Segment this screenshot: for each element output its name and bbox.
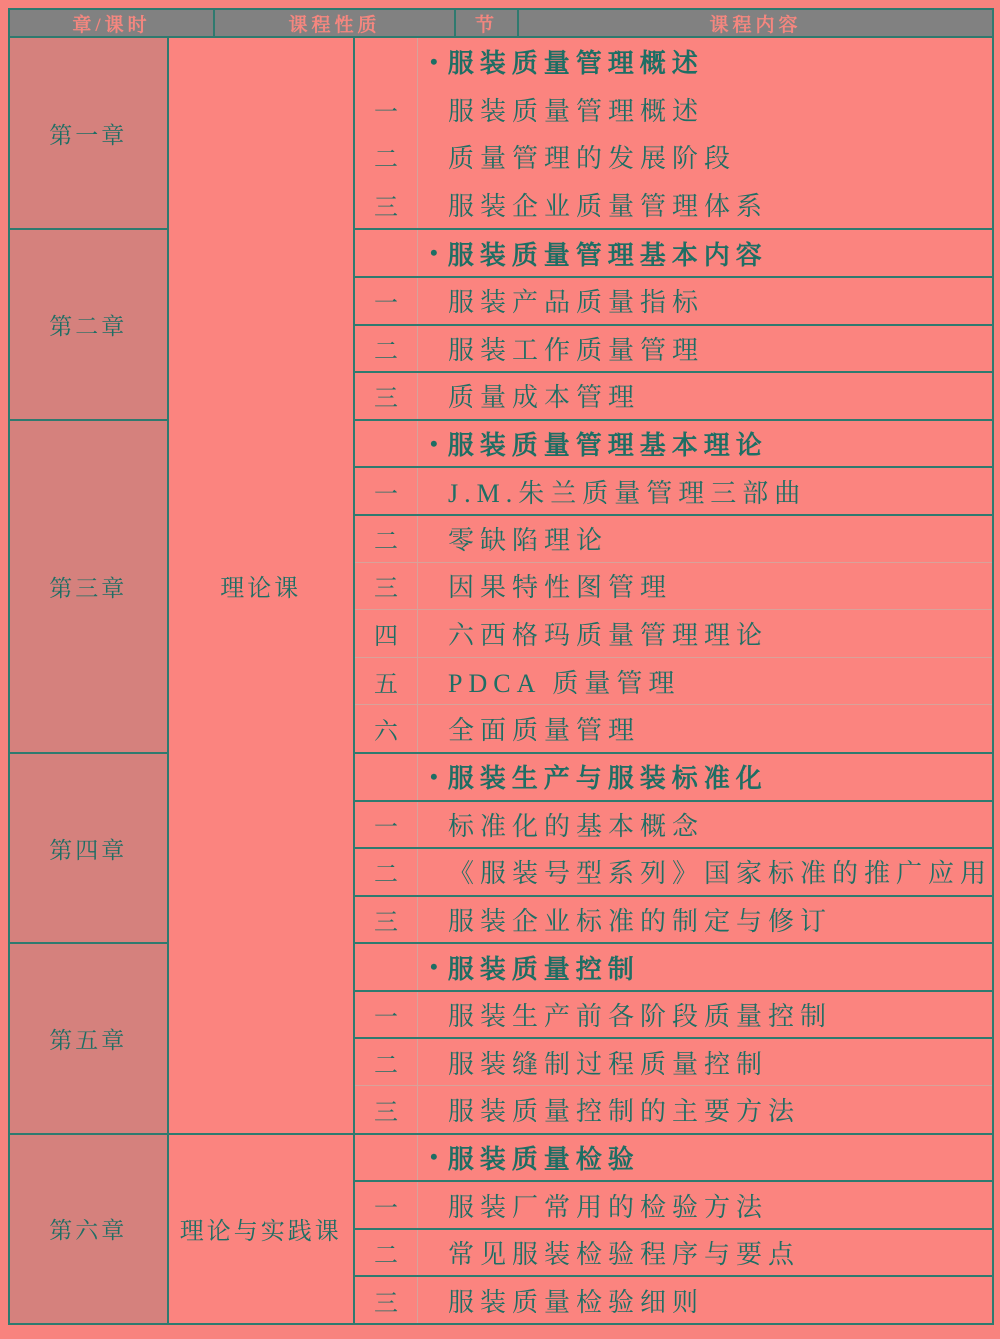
section-row: 三服装企业质量管理体系 bbox=[355, 181, 992, 229]
section-title-text: 服装企业质量管理体系 bbox=[448, 186, 768, 223]
course-nature-column: 理论课理论与实践课 bbox=[169, 38, 355, 1323]
header-cell-course-content: 课程内容 bbox=[519, 10, 992, 36]
section-row: 一服装生产前各阶段质量控制 bbox=[355, 990, 992, 1038]
course-nature-cell: 理论与实践课 bbox=[169, 1133, 353, 1323]
section-row: 二常见服装检验程序与要点 bbox=[355, 1228, 992, 1276]
section-title: 服装质量检验细则 bbox=[418, 1277, 992, 1323]
section-row: 一服装产品质量指标 bbox=[355, 276, 992, 324]
section-number: 一 bbox=[355, 86, 418, 134]
section-title-text: 服装企业标准的制定与修订 bbox=[448, 901, 832, 938]
section-row: 一服装厂常用的检验方法 bbox=[355, 1180, 992, 1228]
section-title: 六西格玛质量管理理论 bbox=[418, 610, 992, 657]
section-title-text: 服装质量管理概述 bbox=[448, 91, 704, 128]
section-number: 二 bbox=[355, 133, 418, 181]
section-title-text: 质量成本管理 bbox=[448, 377, 640, 414]
section-title: •服装生产与服装标准化 bbox=[418, 754, 992, 800]
section-number: 二 bbox=[355, 1230, 418, 1276]
section-title: 服装质量控制的主要方法 bbox=[418, 1086, 992, 1133]
section-row: 三质量成本管理 bbox=[355, 371, 992, 419]
table-header: 章/课时 课程性质 节 课程内容 bbox=[10, 10, 992, 38]
section-title-text: 因果特性图管理 bbox=[448, 567, 672, 604]
section-title: 服装企业质量管理体系 bbox=[418, 181, 992, 229]
section-title-text: 服装厂常用的检验方法 bbox=[448, 1187, 768, 1224]
section-title-text: 《服装号型系列》国家标准的推广应用 bbox=[448, 853, 992, 890]
course-content-column: •服装质量管理概述一服装质量管理概述二质量管理的发展阶段三服装企业质量管理体系•… bbox=[355, 38, 992, 1323]
section-number: 二 bbox=[355, 516, 418, 562]
section-number bbox=[355, 754, 418, 800]
chapter-cell: 第五章 bbox=[10, 942, 167, 1132]
section-title: 质量管理的发展阶段 bbox=[418, 133, 992, 181]
section-number: 三 bbox=[355, 373, 418, 419]
section-number: 二 bbox=[355, 849, 418, 895]
section-title-text: 零缺陷理论 bbox=[448, 520, 608, 557]
section-number bbox=[355, 421, 418, 467]
section-title: •服装质量管理基本内容 bbox=[418, 230, 992, 276]
section-title: 质量成本管理 bbox=[418, 373, 992, 419]
section-number: 一 bbox=[355, 802, 418, 848]
section-row: 二服装缝制过程质量控制 bbox=[355, 1037, 992, 1085]
section-number: 四 bbox=[355, 610, 418, 657]
section-title: PDCA 质量管理 bbox=[418, 658, 992, 705]
section-row: 三因果特性图管理 bbox=[355, 562, 992, 610]
section-number: 五 bbox=[355, 658, 418, 705]
chapter-cell: 第一章 bbox=[10, 38, 167, 228]
section-row: 三服装质量控制的主要方法 bbox=[355, 1085, 992, 1133]
header-cell-chapter: 章/课时 bbox=[10, 10, 215, 36]
section-title-text: 服装缝制过程质量控制 bbox=[448, 1044, 768, 1081]
table-body: 第一章第二章第三章第四章第五章第六章 理论课理论与实践课 •服装质量管理概述一服… bbox=[10, 38, 992, 1323]
section-heading-row: •服装质量管理基本内容 bbox=[355, 228, 992, 276]
section-heading-row: •服装质量控制 bbox=[355, 942, 992, 990]
section-number: 二 bbox=[355, 326, 418, 372]
section-row: 三服装质量检验细则 bbox=[355, 1275, 992, 1323]
chapter-column: 第一章第二章第三章第四章第五章第六章 bbox=[10, 38, 169, 1323]
section-title: J.M.朱兰质量管理三部曲 bbox=[418, 468, 992, 514]
header-cell-course-nature: 课程性质 bbox=[215, 10, 456, 36]
section-heading-row: •服装质量管理概述 bbox=[355, 38, 992, 86]
section-title-text: 标准化的基本概念 bbox=[448, 806, 704, 843]
section-row: 四六西格玛质量管理理论 bbox=[355, 609, 992, 657]
section-title-text: 服装质量控制 bbox=[448, 949, 640, 986]
section-row: 一标准化的基本概念 bbox=[355, 800, 992, 848]
chapter-cell: 第六章 bbox=[10, 1133, 167, 1323]
section-title: 服装产品质量指标 bbox=[418, 278, 992, 324]
section-row: 二零缺陷理论 bbox=[355, 514, 992, 562]
section-title-text: 常见服装检验程序与要点 bbox=[448, 1234, 800, 1271]
section-title-text: 服装质量管理基本理论 bbox=[448, 425, 768, 462]
section-heading-row: •服装生产与服装标准化 bbox=[355, 752, 992, 800]
section-number: 一 bbox=[355, 278, 418, 324]
course-syllabus-table: 章/课时 课程性质 节 课程内容 第一章第二章第三章第四章第五章第六章 理论课理… bbox=[8, 8, 994, 1325]
section-number: 三 bbox=[355, 1277, 418, 1323]
bullet-icon: • bbox=[430, 431, 438, 457]
section-title: 服装缝制过程质量控制 bbox=[418, 1039, 992, 1085]
section-number bbox=[355, 230, 418, 276]
section-title: 标准化的基本概念 bbox=[418, 802, 992, 848]
bullet-icon: • bbox=[430, 240, 438, 266]
section-title: 常见服装检验程序与要点 bbox=[418, 1230, 992, 1276]
course-nature-cell: 理论课 bbox=[169, 38, 353, 1133]
section-title: •服装质量管理概述 bbox=[418, 38, 992, 86]
section-number: 三 bbox=[355, 897, 418, 943]
section-row: 二服装工作质量管理 bbox=[355, 324, 992, 372]
section-number bbox=[355, 38, 418, 86]
section-title-text: 服装质量管理基本内容 bbox=[448, 235, 768, 272]
chapter-cell: 第四章 bbox=[10, 752, 167, 942]
section-row: 一服装质量管理概述 bbox=[355, 86, 992, 134]
section-number: 一 bbox=[355, 992, 418, 1038]
section-number bbox=[355, 1135, 418, 1181]
section-title-text: 服装生产与服装标准化 bbox=[448, 758, 768, 795]
section-title-text: 六西格玛质量管理理论 bbox=[448, 615, 768, 652]
section-row: 六全面质量管理 bbox=[355, 704, 992, 752]
section-title: •服装质量管理基本理论 bbox=[418, 421, 992, 467]
bullet-icon: • bbox=[430, 1144, 438, 1170]
section-number: 一 bbox=[355, 1182, 418, 1228]
section-row: 二《服装号型系列》国家标准的推广应用 bbox=[355, 847, 992, 895]
bullet-icon: • bbox=[430, 764, 438, 790]
section-number bbox=[355, 944, 418, 990]
header-cell-section: 节 bbox=[456, 10, 519, 36]
section-title: 服装厂常用的检验方法 bbox=[418, 1182, 992, 1228]
section-title-text: 质量管理的发展阶段 bbox=[448, 138, 736, 175]
chapter-cell: 第二章 bbox=[10, 228, 167, 418]
section-title-text: 服装生产前各阶段质量控制 bbox=[448, 996, 832, 1033]
section-title-text: 服装工作质量管理 bbox=[448, 330, 704, 367]
section-title: 服装工作质量管理 bbox=[418, 326, 992, 372]
section-number: 一 bbox=[355, 468, 418, 514]
page: 章/课时 课程性质 节 课程内容 第一章第二章第三章第四章第五章第六章 理论课理… bbox=[0, 0, 1000, 1339]
chapter-cell: 第三章 bbox=[10, 419, 167, 752]
section-heading-row: •服装质量管理基本理论 bbox=[355, 419, 992, 467]
section-row: 五PDCA 质量管理 bbox=[355, 657, 992, 705]
section-title-text: 服装产品质量指标 bbox=[448, 282, 704, 319]
section-number: 三 bbox=[355, 1086, 418, 1133]
section-title-text: J.M.朱兰质量管理三部曲 bbox=[448, 473, 806, 510]
section-title-text: 服装质量控制的主要方法 bbox=[448, 1091, 800, 1128]
section-title: 服装企业标准的制定与修订 bbox=[418, 897, 992, 943]
section-title-text: 全面质量管理 bbox=[448, 710, 640, 747]
section-title-text: 服装质量管理概述 bbox=[448, 43, 704, 80]
section-number: 三 bbox=[355, 181, 418, 229]
section-row: 二质量管理的发展阶段 bbox=[355, 133, 992, 181]
section-title: 零缺陷理论 bbox=[418, 516, 992, 562]
section-title: 服装生产前各阶段质量控制 bbox=[418, 992, 992, 1038]
section-title-text: 服装质量检验细则 bbox=[448, 1282, 704, 1319]
section-title: 《服装号型系列》国家标准的推广应用 bbox=[418, 849, 992, 895]
section-title: 全面质量管理 bbox=[418, 705, 992, 752]
section-title-text: 服装质量检验 bbox=[448, 1139, 640, 1176]
section-title: 因果特性图管理 bbox=[418, 563, 992, 610]
bullet-icon: • bbox=[430, 954, 438, 980]
section-title: •服装质量控制 bbox=[418, 944, 992, 990]
section-title-text: PDCA 质量管理 bbox=[448, 663, 680, 700]
section-number: 二 bbox=[355, 1039, 418, 1085]
section-row: 三服装企业标准的制定与修订 bbox=[355, 895, 992, 943]
section-row: 一J.M.朱兰质量管理三部曲 bbox=[355, 466, 992, 514]
section-number: 六 bbox=[355, 705, 418, 752]
section-title: •服装质量检验 bbox=[418, 1135, 992, 1181]
section-heading-row: •服装质量检验 bbox=[355, 1133, 992, 1181]
section-number: 三 bbox=[355, 563, 418, 610]
bullet-icon: • bbox=[430, 49, 438, 75]
section-title: 服装质量管理概述 bbox=[418, 86, 992, 134]
